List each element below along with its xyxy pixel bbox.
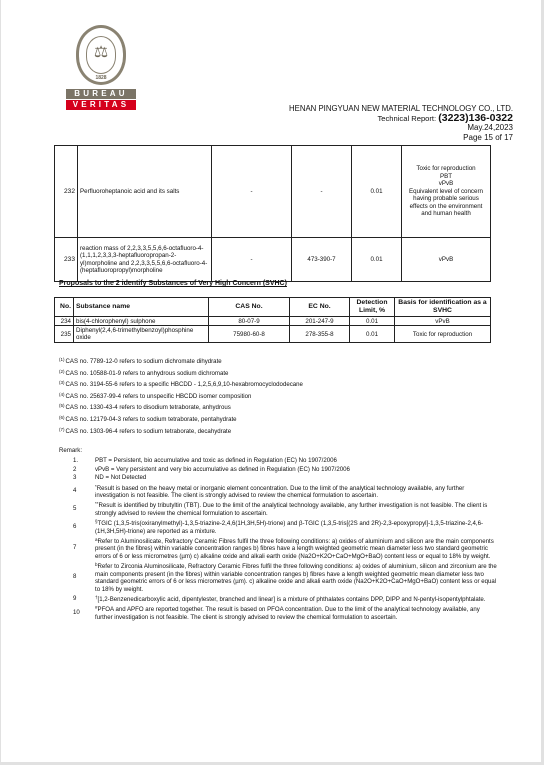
footnote: (3)CAS no. 3194-55-6 refers to a specifi… <box>59 378 303 390</box>
basis-line: Toxic for reproduction <box>404 165 488 173</box>
remark-body: *Result is based on the heavy metal or i… <box>95 483 499 500</box>
remark-text: Result is based on the heavy metal or in… <box>95 485 464 499</box>
footnote: (4)CAS no. 25637-99-4 refers to unspecif… <box>59 390 303 402</box>
table-row: 232Perfluoroheptanoic acid and its salts… <box>55 146 491 238</box>
remark-body: §TGIC (1,3,5-tris(oxiranylmethyl)-1,3,5-… <box>95 518 499 535</box>
svhc-table-continued: 232Perfluoroheptanoic acid and its salts… <box>54 145 491 282</box>
remark-item: 3ND = Not Detected <box>59 474 499 481</box>
svhc-basis: vPvB <box>402 238 491 282</box>
document-page: ⚖ 1828 BUREAU VERITAS HENAN PINGYUAN NEW… <box>1 0 541 762</box>
bureau-veritas-seal-icon: ⚖ 1828 <box>76 25 126 85</box>
remark-body: ND = Not Detected <box>95 474 499 481</box>
footnote-text: CAS no. 25637-99-4 refers to unspecific … <box>66 393 252 400</box>
col-header-limit: Detection Limit, % <box>350 298 395 317</box>
ec-number: 278-355-8 <box>290 326 350 343</box>
brand-line2: VERITAS <box>66 100 136 110</box>
remark-body: vPvB = Very persistent and very bio accu… <box>95 466 499 473</box>
table-row: 234bis(4-chlorophenyl) sulphone80-07-920… <box>55 317 491 326</box>
footnote-text: CAS no. 10588-01-9 refers to anhydrous s… <box>66 370 229 377</box>
footnote-text: CAS no. 1303-96-4 refers to sodium tetra… <box>66 428 232 435</box>
remark-body: PBT = Persistent, bio accumulative and t… <box>95 457 499 464</box>
remark-item: 4*Result is based on the heavy metal or … <box>59 483 499 500</box>
basis-line: vPvB <box>404 180 488 188</box>
bureau-veritas-logo: ⚖ 1828 BUREAU VERITAS <box>66 25 136 110</box>
remark-number: 2 <box>59 466 95 473</box>
substance-name: Diphenyl(2,4,6-trimethylbenzoyl)phosphin… <box>74 326 209 343</box>
remarks-title: Remark: <box>59 447 499 454</box>
remark-body: #PFOA and APFO are reported together. Th… <box>95 604 499 621</box>
remark-body: bRefer to Zirconia Aluminosilicate, Refr… <box>95 561 499 593</box>
row-number: 235 <box>55 326 74 343</box>
remark-number: 9 <box>59 595 95 602</box>
remark-text: Refer to Zirconia Aluminosilicate, Refra… <box>95 563 497 592</box>
col-header-substance: Substance name <box>74 298 209 317</box>
footnote-mark: (5) <box>59 403 65 408</box>
substance-name: Perfluoroheptanoic acid and its salts <box>78 146 212 238</box>
basis-line: Equivalent level of concern having proba… <box>404 188 488 218</box>
substance-name: bis(4-chlorophenyl) sulphone <box>74 317 209 326</box>
remark-item: 6§TGIC (1,3,5-tris(oxiranylmethyl)-1,3,5… <box>59 518 499 535</box>
table-header-row: No. Substance name CAS No. EC No. Detect… <box>55 298 491 317</box>
ec-number: - <box>292 146 352 238</box>
footnote: (5)CAS no. 1330-43-4 refers to disodium … <box>59 401 303 413</box>
cas-number: - <box>212 146 292 238</box>
detection-limit: 0.01 <box>350 317 395 326</box>
remark-number: 10 <box>59 609 95 616</box>
footnote: (7)CAS no. 1303-96-4 refers to sodium te… <box>59 425 303 437</box>
footnote-mark: (1) <box>59 357 65 362</box>
remark-number: 8 <box>59 573 95 580</box>
remark-text: PFOA and APFO are reported together. The… <box>95 606 480 620</box>
detection-limit: 0.01 <box>352 146 402 238</box>
remark-number: 1. <box>59 457 95 464</box>
cas-footnotes: (1)CAS no. 7789-12-0 refers to sodium di… <box>59 355 303 436</box>
footnote-text: CAS no. 12179-04-3 refers to sodium tetr… <box>66 416 237 423</box>
table-row: 233reaction mass of 2,2,3,3,5,5,6,6-octa… <box>55 238 491 282</box>
remark-body: **Result is identified by tributyltin (T… <box>95 500 499 517</box>
remark-number: 3 <box>59 474 95 481</box>
remark-item: 1.PBT = Persistent, bio accumulative and… <box>59 457 499 464</box>
remark-number: 4 <box>59 487 95 494</box>
report-label: Technical Report: <box>377 114 436 123</box>
remark-body: †[1,2-Benzenedicarboxylic acid, dipentyl… <box>95 594 499 603</box>
basis-line: PBT <box>404 173 488 181</box>
detection-limit: 0.01 <box>350 326 395 343</box>
footnote-mark: (6) <box>59 415 65 420</box>
remarks-list: 1.PBT = Persistent, bio accumulative and… <box>59 457 499 621</box>
svhc-basis: vPvB <box>395 317 491 326</box>
row-number: 232 <box>55 146 78 238</box>
remark-item: 8bRefer to Zirconia Aluminosilicate, Ref… <box>59 561 499 593</box>
brand-line1: BUREAU <box>66 89 136 99</box>
remark-item: 7aRefer to Aluminosilicate, Refractory C… <box>59 536 499 560</box>
remark-body: aRefer to Aluminosilicate, Refractory Ce… <box>95 536 499 560</box>
remark-number: 5 <box>59 505 95 512</box>
footnote-mark: (3) <box>59 380 65 385</box>
remark-text: Result is identified by tributyltin (TBT… <box>95 502 487 516</box>
basis-line: vPvB <box>404 256 488 264</box>
col-header-cas: CAS No. <box>209 298 290 317</box>
report-date: May.24,2023 <box>289 123 513 133</box>
remark-text: TGIC (1,3,5-tris(oxiranylmethyl)-1,3,5-t… <box>95 520 483 534</box>
seal-year: 1828 <box>79 75 123 81</box>
remark-item: 10#PFOA and APFO are reported together. … <box>59 604 499 621</box>
remarks-section: Remark: 1.PBT = Persistent, bio accumula… <box>59 447 499 622</box>
remark-item: 2vPvB = Very persistent and very bio acc… <box>59 466 499 473</box>
footnote: (6)CAS no. 12179-04-3 refers to sodium t… <box>59 413 303 425</box>
col-header-basis: Basis for identification as a SVHC <box>395 298 491 317</box>
report-line: Technical Report: (3223)136-0322 <box>289 114 513 124</box>
footnote-mark: (2) <box>59 369 65 374</box>
report-number: (3223)136-0322 <box>438 112 513 124</box>
remark-text: [1,2-Benzenedicarboxylic acid, dipentyle… <box>98 596 486 603</box>
svhc-basis: Toxic for reproduction <box>395 326 491 343</box>
remark-item: 5**Result is identified by tributyltin (… <box>59 500 499 517</box>
footnote-mark: (4) <box>59 392 65 397</box>
footnote: (2)CAS no. 10588-01-9 refers to anhydrou… <box>59 367 303 379</box>
proposals-section-title: Proposals to the 2 identify Substances o… <box>59 280 287 287</box>
remark-text: Refer to Aluminosilicate, Refractory Cer… <box>95 538 494 560</box>
footnote-text: CAS no. 7789-12-0 refers to sodium dichr… <box>66 358 222 365</box>
proposals-table: No. Substance name CAS No. EC No. Detect… <box>54 297 491 343</box>
ec-number: 201-247-9 <box>290 317 350 326</box>
footnote-text: CAS no. 3194-55-6 refers to a specific H… <box>66 381 303 388</box>
footnote-text: CAS no. 1330-43-4 refers to disodium tet… <box>66 404 231 411</box>
row-number: 233 <box>55 238 78 282</box>
footnote: (1)CAS no. 7789-12-0 refers to sodium di… <box>59 355 303 367</box>
row-number: 234 <box>55 317 74 326</box>
remark-item: 9†[1,2-Benzenedicarboxylic acid, dipenty… <box>59 594 499 603</box>
col-header-ec: EC No. <box>290 298 350 317</box>
cas-number: 80-07-9 <box>209 317 290 326</box>
substance-name: reaction mass of 2,2,3,3,5,5,6,6-octaflu… <box>78 238 212 282</box>
report-header: HENAN PINGYUAN NEW MATERIAL TECHNOLOGY C… <box>289 104 513 142</box>
ec-number: 473-390-7 <box>292 238 352 282</box>
page-number: Page 15 of 17 <box>289 133 513 143</box>
detection-limit: 0.01 <box>352 238 402 282</box>
remark-text: ND = Not Detected <box>95 474 146 481</box>
table-row: 235Diphenyl(2,4,6-trimethylbenzoyl)phosp… <box>55 326 491 343</box>
remark-text: vPvB = Very persistent and very bio accu… <box>95 466 350 473</box>
cas-number: - <box>212 238 292 282</box>
remark-number: 6 <box>59 523 95 530</box>
remark-text: PBT = Persistent, bio accumulative and t… <box>95 457 337 464</box>
footnote-mark: (7) <box>59 427 65 432</box>
remark-number: 7 <box>59 544 95 551</box>
col-header-no: No. <box>55 298 74 317</box>
svhc-basis: Toxic for reproductionPBTvPvBEquivalent … <box>402 146 491 238</box>
cas-number: 75980-60-8 <box>209 326 290 343</box>
